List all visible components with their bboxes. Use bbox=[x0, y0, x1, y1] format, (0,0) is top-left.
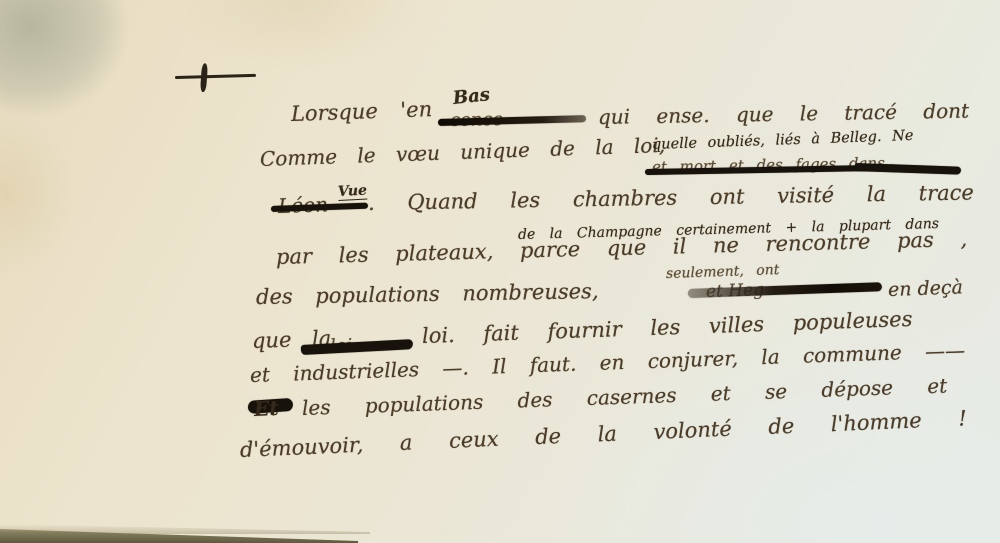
handwriting-line-1-post: qui ense. que le tracé dont bbox=[598, 99, 969, 129]
handwriting-line-1-insertion: Bas bbox=[452, 84, 491, 109]
insertion-cross-mark-vertical bbox=[200, 63, 208, 92]
handwriting-line-2: Comme le vœu unique de la loi, bbox=[260, 133, 666, 171]
handwriting-line-3-superscript: Vue bbox=[338, 182, 368, 200]
handwriting-line-5-post: en deçà bbox=[888, 276, 964, 301]
handwriting-line-1-pre: Lorsque 'en bbox=[291, 97, 433, 126]
strikethrough-mark bbox=[855, 163, 961, 175]
handwriting-line-3: . Quand les chambres ont visité la trace bbox=[368, 180, 974, 215]
handwriting-line-8-pre: Et bbox=[253, 396, 279, 421]
manuscript-photo: Lorsque 'en Bas cence qui ense. que le t… bbox=[0, 0, 1000, 543]
handwriting-line-5-pre: des populations nombreuses, bbox=[256, 279, 599, 309]
handwriting-line-2-insertion: quelle oubliés, liés à Belleg. Ne bbox=[652, 128, 914, 153]
insertion-cross-mark-horizontal bbox=[175, 74, 256, 79]
